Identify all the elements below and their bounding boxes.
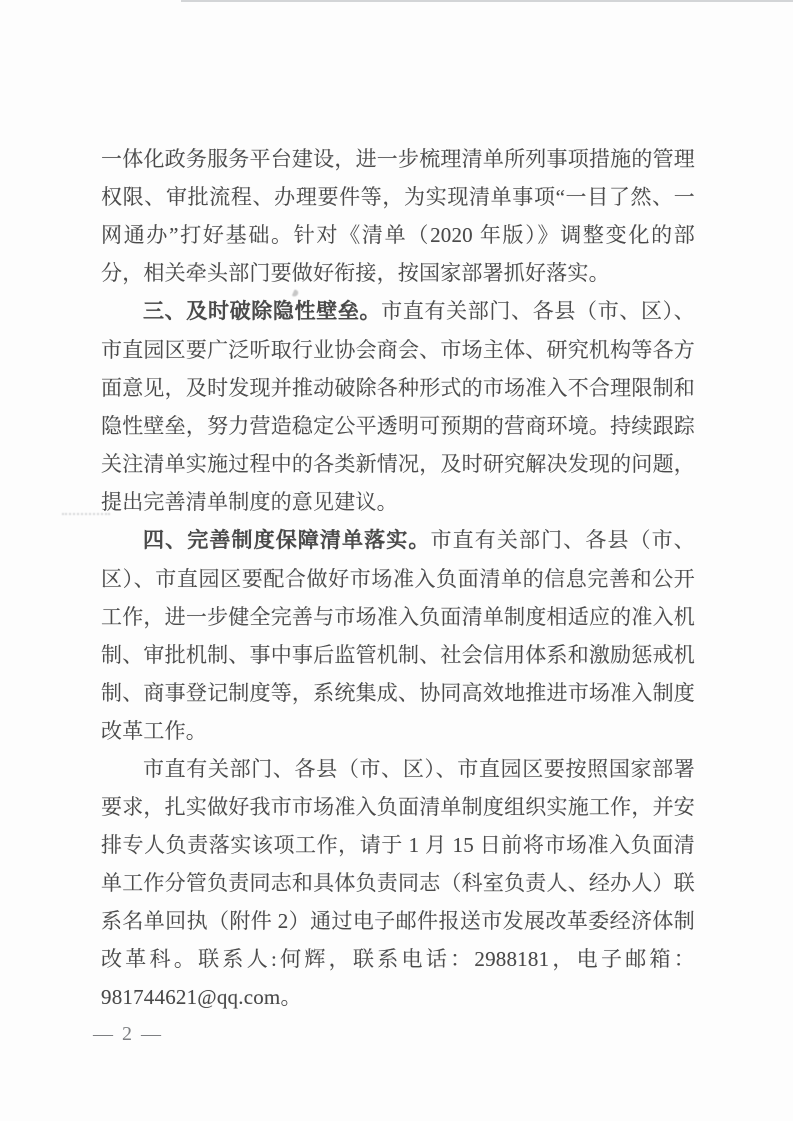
document-body: 一体化政务服务平台建设，进一步梳理清单所列事项措施的管理权限、审批流程、办理要件… (101, 140, 695, 1016)
section-heading-run: 四、完善制度保障清单落实。 (143, 529, 431, 552)
text-run: 市直有关部门、各县（市、区）、市直园区要按照国家部署要求，扎实做好我市市场准入负… (101, 757, 695, 1009)
paragraph: 三、及时破除隐性壁垒。市直有关部门、各县（市、区）、市直园区要广泛听取行业协会商… (101, 292, 695, 521)
paragraph: 一体化政务服务平台建设，进一步梳理清单所列事项措施的管理权限、审批流程、办理要件… (101, 140, 695, 292)
section-heading-run: 三、及时破除隐性壁垒。 (143, 300, 381, 323)
page-number: — 2 — (93, 1023, 163, 1046)
text-run: 一体化政务服务平台建设，进一步梳理清单所列事项措施的管理权限、审批流程、办理要件… (101, 147, 695, 285)
paragraph: 四、完善制度保障清单落实。市直有关部门、各县（市、区）、市直园区要配合做好市场准… (101, 521, 695, 750)
text-run: 市直有关部门、各县（市、区）、市直园区要配合做好市场准入负面清单的信息完善和公开… (101, 528, 695, 743)
text-run: 市直有关部门、各县（市、区）、市直园区要广泛听取行业协会商会、市场主体、研究机构… (101, 299, 695, 514)
paragraph: 市直有关部门、各县（市、区）、市直园区要按照国家部署要求，扎实做好我市市场准入负… (101, 750, 695, 1016)
scan-top-edge-artifact (181, 0, 793, 2)
